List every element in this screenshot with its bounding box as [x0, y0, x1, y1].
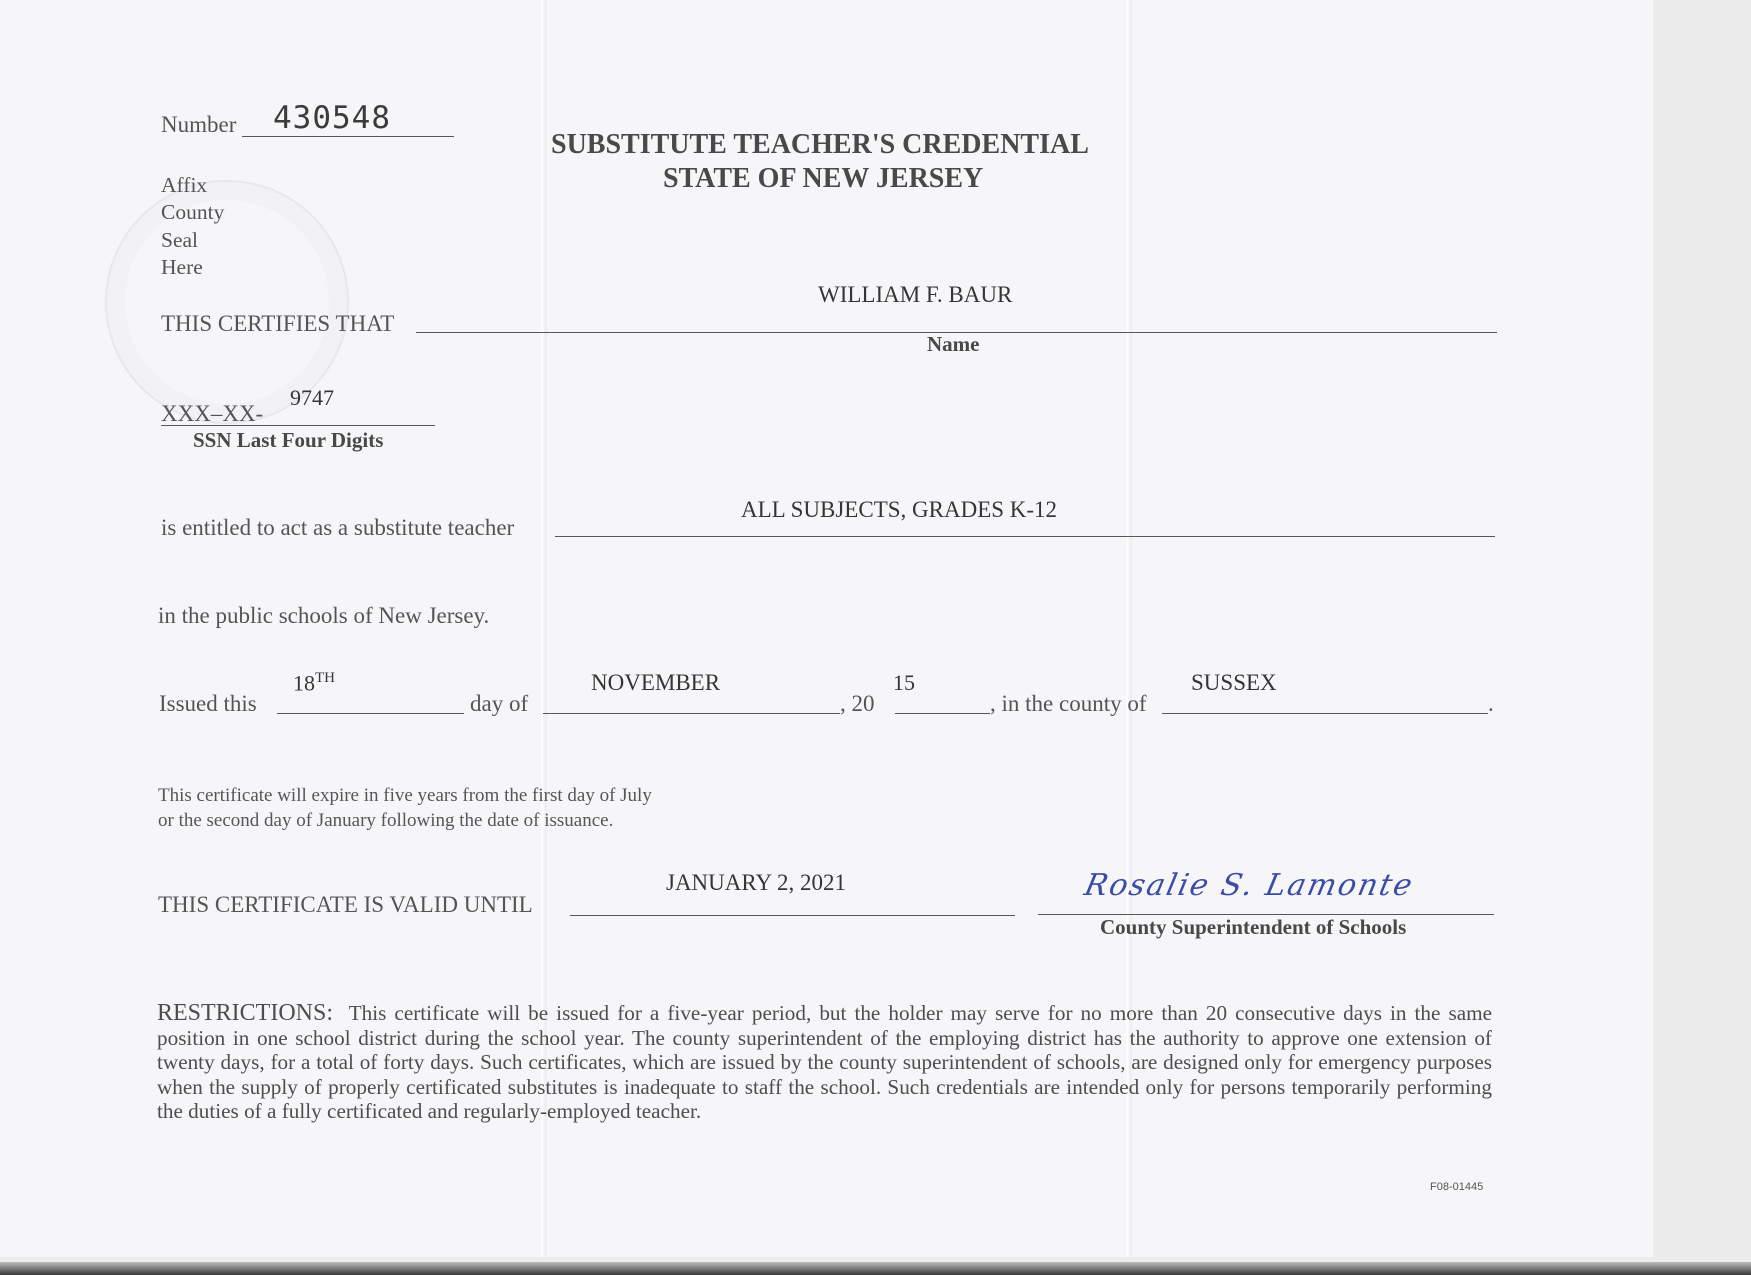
restrictions-text: This certificate will be issued for a fi…	[157, 1001, 1492, 1123]
restrictions-paragraph: RESTRICTIONS: This certificate will be i…	[157, 1001, 1492, 1124]
issued-this-label: Issued this	[159, 691, 257, 717]
issued-day: 18TH	[293, 670, 335, 696]
day-underline	[277, 713, 464, 714]
document-title: SUBSTITUTE TEACHER'S CREDENTIAL	[551, 129, 1089, 161]
valid-until-underline	[570, 915, 1015, 916]
ssn-caption: SSN Last Four Digits	[193, 428, 383, 453]
valid-until-label: THIS CERTIFICATE IS VALID UNTIL	[158, 892, 533, 918]
seal-instruction-here: Here	[161, 255, 203, 280]
subject-underline	[555, 536, 1495, 537]
month-underline	[543, 713, 840, 714]
issued-day-suffix: TH	[315, 670, 335, 686]
ssn-prefix: XXX–XX-	[161, 401, 263, 427]
name-caption: Name	[927, 332, 979, 357]
signature-caption: County Superintendent of Schools	[1100, 915, 1406, 940]
form-number: F08-01445	[1430, 1181, 1483, 1193]
day-of-label: day of	[470, 691, 528, 717]
number-label: Number	[161, 112, 236, 138]
public-schools-text: in the public schools of New Jersey.	[158, 603, 489, 629]
credential-paper: Number 430548 SUBSTITUTE TEACHER'S CREDE…	[0, 0, 1653, 1257]
number-underline	[242, 136, 454, 137]
seal-instruction-seal: Seal	[161, 228, 198, 253]
certifies-label: THIS CERTIFIES THAT	[161, 311, 394, 337]
issued-county: SUSSEX	[1191, 670, 1277, 696]
holder-name: WILLIAM F. BAUR	[818, 282, 1012, 308]
subject-value: ALL SUBJECTS, GRADES K-12	[741, 497, 1057, 523]
superintendent-signature: Rosalie S. Lamonte	[1081, 868, 1417, 903]
issued-day-value: 18	[293, 670, 315, 695]
century-label: , 20	[840, 691, 875, 717]
expiry-note-line-1: This certificate will expire in five yea…	[158, 783, 652, 809]
scanner-edge	[0, 1262, 1751, 1275]
issued-end-period: .	[1488, 691, 1494, 717]
year-underline	[895, 713, 990, 714]
ssn-last-four: 9747	[290, 385, 334, 411]
valid-until-value: JANUARY 2, 2021	[666, 870, 846, 896]
county-of-label: , in the county of	[990, 691, 1147, 717]
county-underline	[1162, 713, 1488, 714]
document-subtitle: STATE OF NEW JERSEY	[663, 163, 983, 195]
restrictions-lead: RESTRICTIONS:	[157, 1000, 333, 1026]
expiry-note-line-2: or the second day of January following t…	[158, 808, 613, 834]
seal-instruction-affix: Affix	[161, 173, 207, 198]
issued-month: NOVEMBER	[591, 670, 720, 696]
issued-year: 15	[893, 670, 915, 696]
certificate-number: 430548	[273, 100, 391, 136]
seal-instruction-county: County	[161, 200, 224, 225]
entitled-label: is entitled to act as a substitute teach…	[161, 515, 514, 541]
ssn-underline	[161, 425, 435, 426]
